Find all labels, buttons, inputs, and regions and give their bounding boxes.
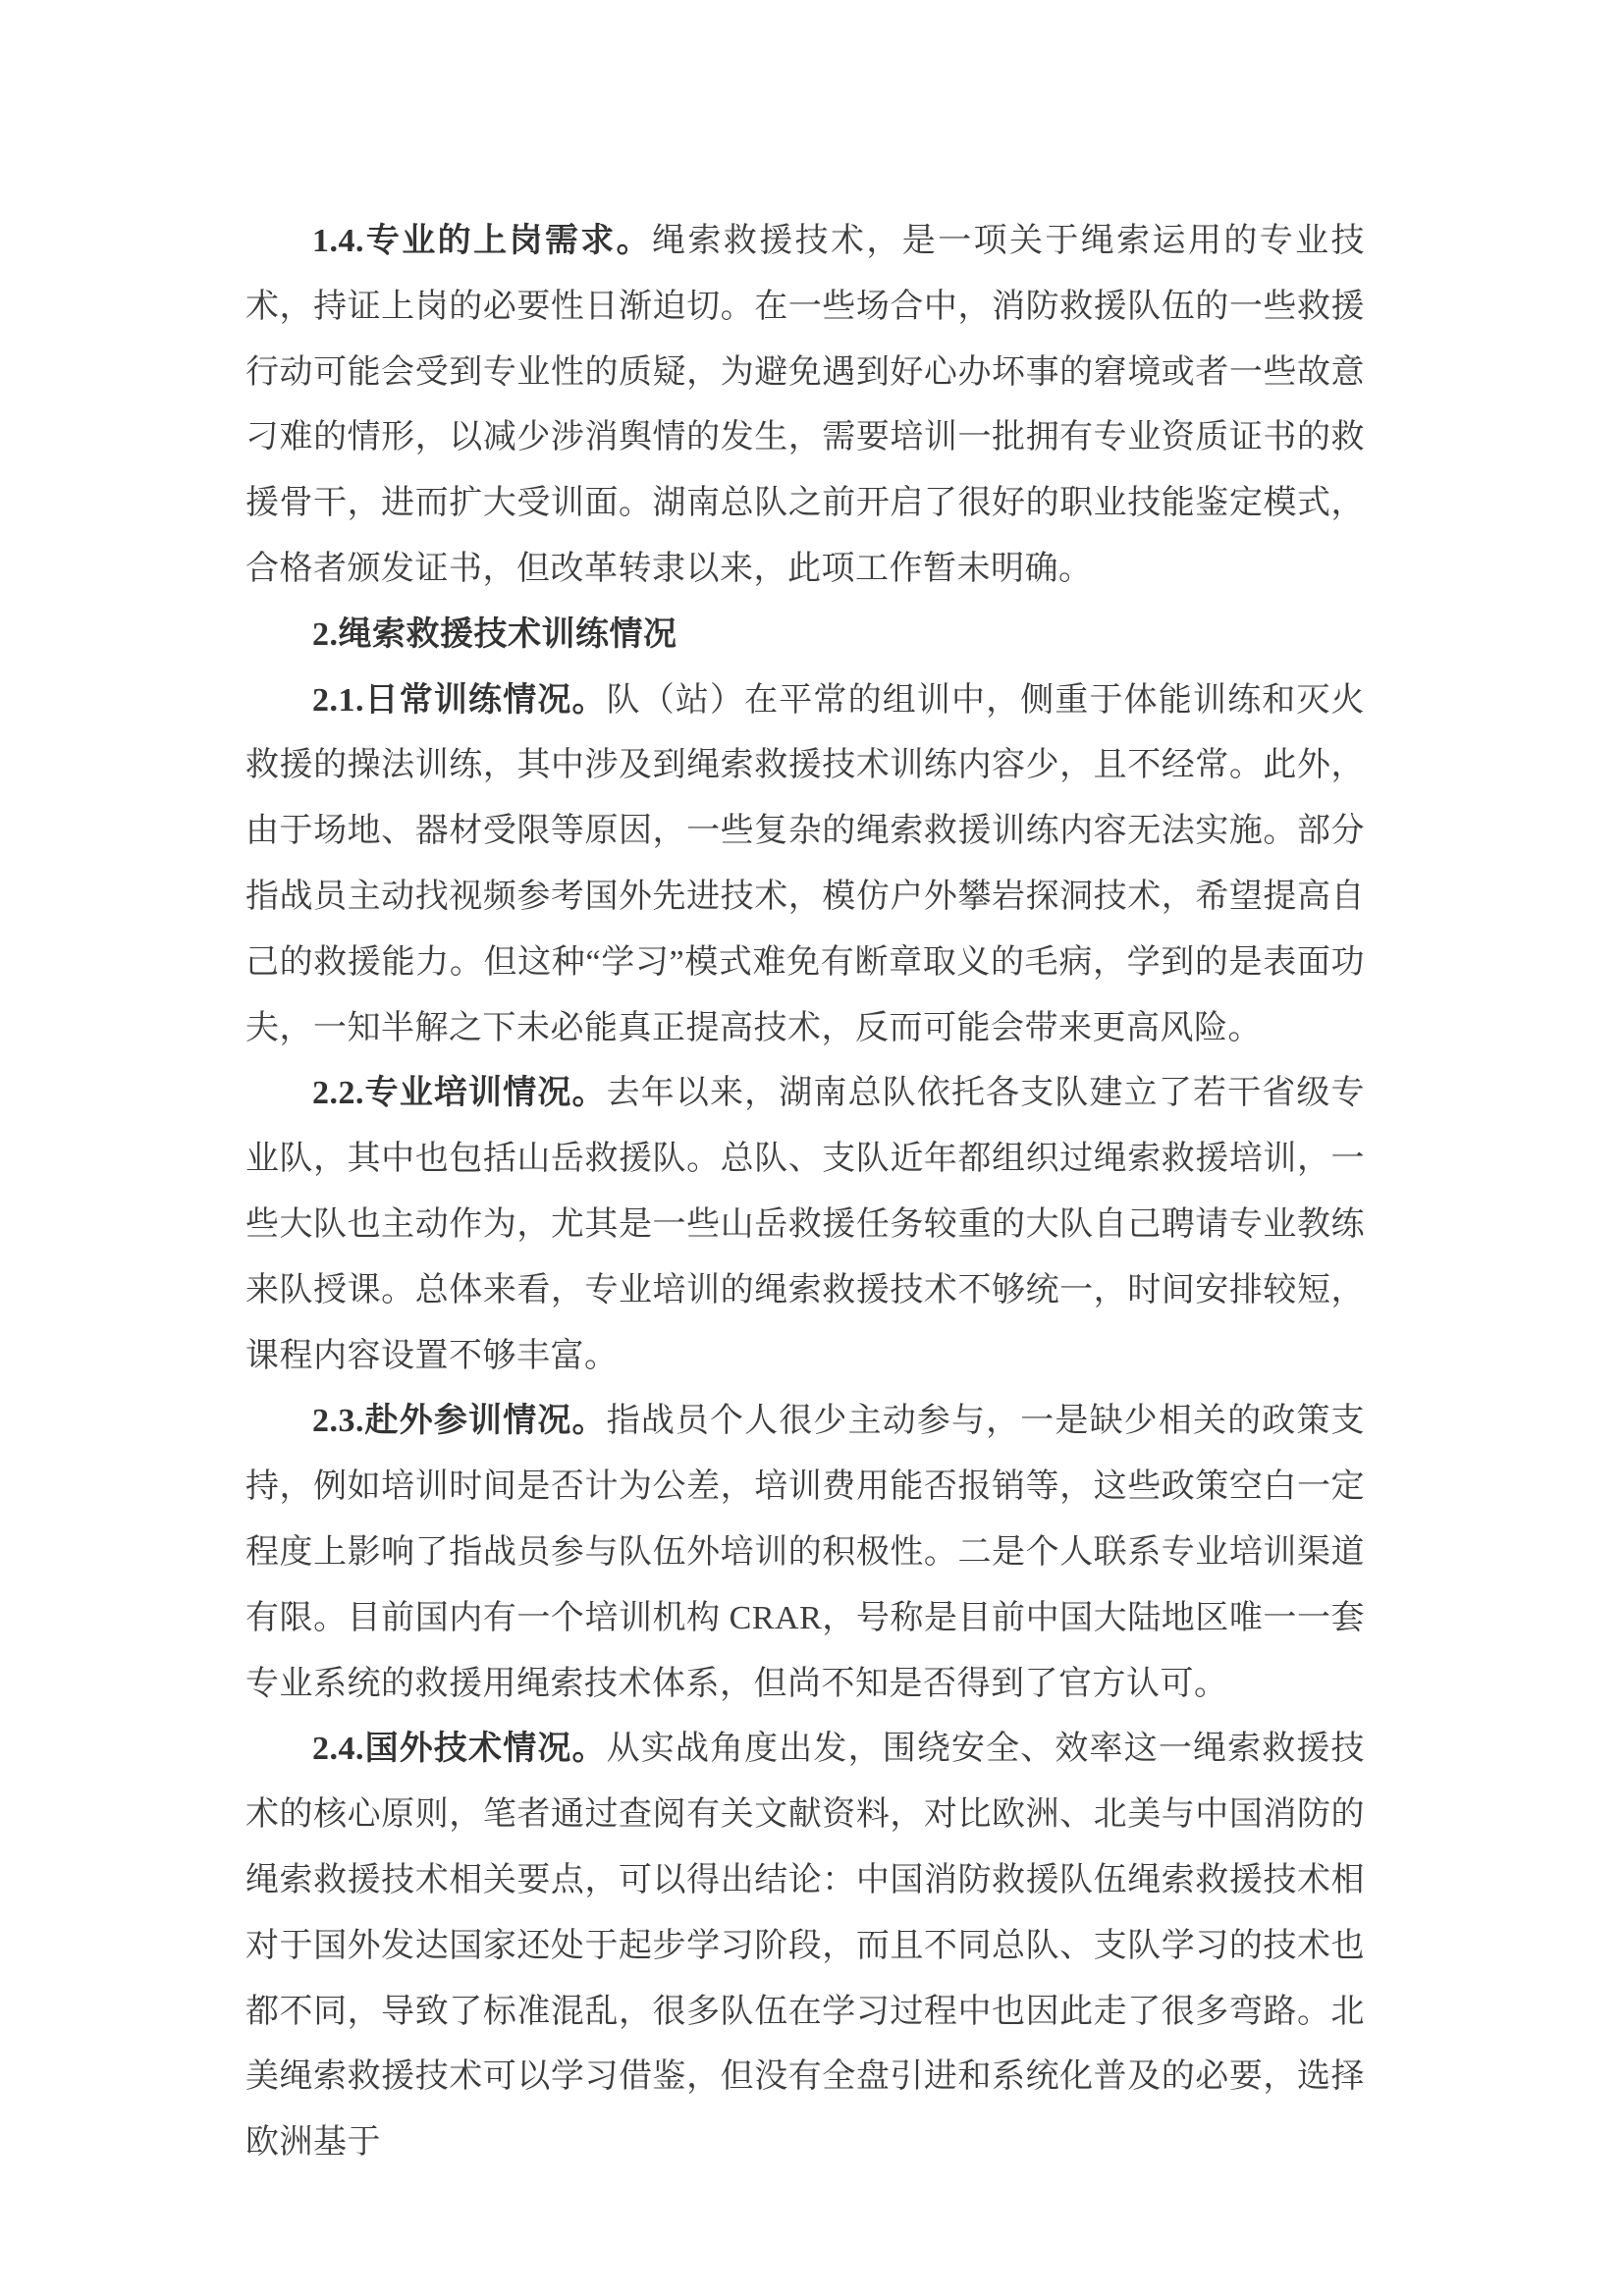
section-heading-2-training-overview: 2.绳索救援技术训练情况 (245, 603, 1365, 668)
paragraph-lead: 1.4.专业的上岗需求。 (312, 223, 652, 259)
paragraph-text: 队（站）在平常的组训中，侧重于体能训练和灭火救援的操法训练，其中涉及到绳索救援技… (245, 682, 1365, 1046)
paragraph-lead: 2.4.国外技术情况。 (312, 1731, 607, 1767)
document-body: 1.4.专业的上岗需求。绳索救援技术，是一项关于绳索运用的专业技术，持证上岗的必… (245, 209, 1365, 2176)
paragraph-2-3-external-training: 2.3.赴外参训情况。指战员个人很少主动参与，一是缺少相关的政策支持，例如培训时… (245, 1389, 1365, 1717)
paragraph-2-2-professional-training: 2.2.专业培训情况。去年以来，湖南总队依托各支队建立了若干省级专业队，其中也包… (245, 1061, 1365, 1389)
paragraph-2-1-daily-training: 2.1.日常训练情况。队（站）在平常的组训中，侧重于体能训练和灭火救援的操法训练… (245, 668, 1365, 1062)
paragraph-2-4-foreign-technology: 2.4.国外技术情况。从实战角度出发，围绕安全、效率这一绳索救援技术的核心原则，… (245, 1717, 1365, 2176)
paragraph-1-4-job-certification: 1.4.专业的上岗需求。绳索救援技术，是一项关于绳索运用的专业技术，持证上岗的必… (245, 209, 1365, 603)
paragraph-lead: 2.2.专业培训情况。 (312, 1075, 607, 1111)
section-heading-text: 2.绳索救援技术训练情况 (312, 616, 677, 653)
paragraph-lead: 2.3.赴外参训情况。 (312, 1403, 607, 1439)
paragraph-text: 绳索救援技术，是一项关于绳索运用的专业技术，持证上岗的必要性日渐迫切。在一些场合… (245, 223, 1365, 587)
paragraph-text: 从实战角度出发，围绕安全、效率这一绳索救援技术的核心原则，笔者通过查阅有关文献资… (245, 1731, 1365, 2161)
paragraph-text: 去年以来，湖南总队依托各支队建立了若干省级专业队，其中也包括山岳救援队。总队、支… (245, 1075, 1365, 1373)
paragraph-lead: 2.1.日常训练情况。 (312, 682, 607, 719)
document-page: 1.4.专业的上岗需求。绳索救援技术，是一项关于绳索运用的专业技术，持证上岗的必… (0, 0, 1624, 2296)
paragraph-text: 指战员个人很少主动参与，一是缺少相关的政策支持，例如培训时间是否计为公差，培训费… (245, 1403, 1365, 1701)
